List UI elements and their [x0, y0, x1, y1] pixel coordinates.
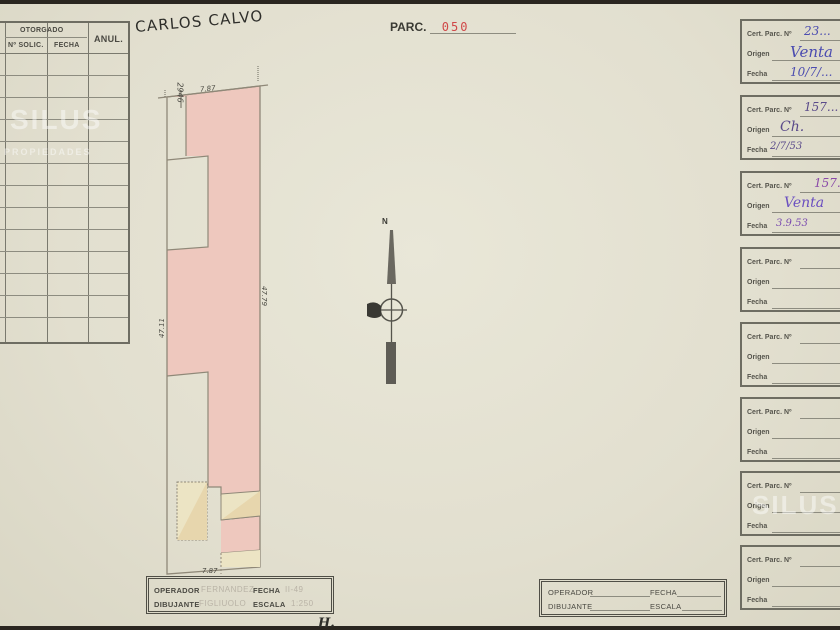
table-row [0, 251, 128, 252]
cert-label: Cert. Parc. Nº [747, 259, 792, 266]
cert-label: Cert. Parc. Nº [747, 334, 792, 341]
date-label: FECHA [650, 588, 677, 597]
origin-label: Origen [747, 577, 770, 584]
cert-label: Cert. Parc. Nº [747, 183, 792, 190]
frontage-bottom-dimension: 7.87 [202, 567, 218, 575]
table-col-header-solic: Nº SOLIC. [8, 42, 44, 49]
table-row [0, 317, 128, 318]
signature-box-filled: OPERADOR FERNANDEZ FECHA II-49 DIBUJANTE… [146, 576, 334, 614]
date-label: Fecha [747, 523, 767, 530]
date-value: 10/7/... [790, 65, 832, 79]
date-label: Fecha [747, 374, 767, 381]
origin-label: Origen [747, 429, 770, 436]
table-row [0, 163, 128, 164]
date-label: FECHA [253, 586, 280, 595]
scale-value: 1:250 [291, 599, 314, 608]
table-row [0, 229, 128, 230]
date-value: 2/7/53 [770, 141, 802, 152]
parcel-underline [430, 33, 516, 34]
cert-card: Cert. Parc. Nº Origen Fecha [740, 322, 840, 387]
plot-plan-drawing [150, 64, 280, 584]
parcel-label: PARC. [390, 20, 426, 34]
table-group-header: OTORGADO [20, 27, 64, 34]
date-label: Fecha [747, 299, 767, 306]
corner-mark: H. [318, 616, 335, 630]
table-row [0, 185, 128, 186]
origin-label: Origen [747, 51, 770, 58]
signature-box-empty: OPERADOR FECHA DIBUJANTE ESCALA [539, 579, 727, 617]
origin-label: Origen [747, 127, 770, 134]
parcel-number: 050 [442, 20, 470, 34]
table-row [0, 207, 128, 208]
parcel-header: PARC. 050 [390, 20, 469, 34]
right-side-dimension: 47.79 [260, 286, 268, 306]
cert-value: 23... [804, 24, 831, 38]
origin-label: Origen [747, 203, 770, 210]
frontage-top-dimension: 7.87 [200, 84, 216, 94]
watermark-brand: SILUS [10, 104, 102, 136]
table-row [0, 75, 128, 76]
table-row [0, 141, 128, 142]
date-value: II-49 [285, 585, 304, 594]
north-arrow-icon [355, 224, 415, 394]
cadastral-sheet: OTORGADO Nº SOLIC. FECHA ANUL. SILUS PRO… [0, 4, 840, 626]
table-row [0, 97, 128, 98]
left-side-dimension: 47.11 [158, 318, 166, 338]
cert-card: Cert. Parc. Nº Origen Fecha 157... Venta… [740, 171, 840, 236]
cert-card: Cert. Parc. Nº Origen Fecha 157... Ch. 2… [740, 95, 840, 160]
street-name: CARLOS CALVO [134, 7, 264, 36]
table-row [0, 273, 128, 274]
cert-card: Cert. Parc. Nº Origen Fecha [740, 545, 840, 610]
operator-label: OPERADOR [154, 586, 200, 595]
origin-value: Ch. [780, 119, 804, 135]
date-label: Fecha [747, 147, 767, 154]
date-label: Fecha [747, 449, 767, 456]
draftsman-value: FIGLIUOLO [199, 599, 246, 608]
cert-label: Cert. Parc. Nº [747, 557, 792, 564]
cert-value: 157... [814, 176, 840, 190]
cert-label: Cert. Parc. Nº [747, 483, 792, 490]
cert-label: Cert. Parc. Nº [747, 107, 792, 114]
cert-card: Cert. Parc. Nº Origen Fecha [740, 397, 840, 462]
cert-card: Cert. Parc. Nº Origen Fecha 23... Venta … [740, 19, 840, 84]
draftsman-label: DIBUJANTE [154, 600, 200, 609]
cert-card: Cert. Parc. Nº Origen Fecha [740, 247, 840, 312]
otorgado-table: OTORGADO Nº SOLIC. FECHA ANUL. [0, 21, 130, 344]
date-label: Fecha [747, 71, 767, 78]
date-label: Fecha [747, 223, 767, 230]
table-header-divider [5, 37, 87, 38]
watermark-subtitle: PROPIEDADES [4, 147, 92, 157]
table-col-header-fecha: FECHA [54, 42, 80, 49]
draftsman-label: DIBUJANTE [548, 602, 592, 611]
date-label: Fecha [747, 597, 767, 604]
operator-label: OPERADOR [548, 588, 593, 597]
table-row [0, 295, 128, 296]
origin-value: Venta [790, 43, 833, 61]
scale-label: ESCALA [253, 600, 286, 609]
cert-label: Cert. Parc. Nº [747, 31, 792, 38]
street-number: 2946 [176, 82, 185, 102]
cert-value: 157... [804, 100, 838, 114]
date-value: 3.9.53 [776, 218, 808, 229]
operator-value: FERNANDEZ [201, 585, 254, 594]
origin-value: Venta [784, 195, 824, 211]
origin-label: Origen [747, 279, 770, 286]
watermark-brand-right: SILUS [752, 490, 839, 521]
scale-label: ESCALA [650, 602, 681, 611]
origin-label: Origen [747, 354, 770, 361]
cert-label: Cert. Parc. Nº [747, 409, 792, 416]
table-header-bottom [0, 53, 128, 54]
table-col-header-anul: ANUL. [94, 34, 123, 44]
